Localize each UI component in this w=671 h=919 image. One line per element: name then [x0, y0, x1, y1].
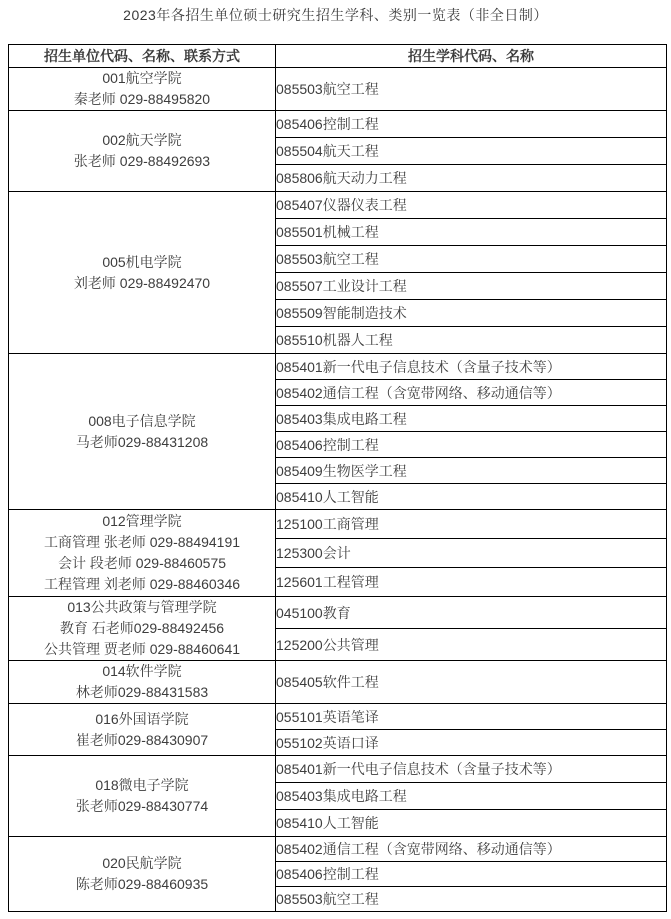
subject-cell: 085403集成电路工程 [276, 783, 667, 810]
subject-cell: 085503航空工程 [276, 246, 667, 273]
unit-contact: 张老师 029-88492693 [9, 151, 275, 172]
subject-cell: 085406控制工程 [276, 432, 667, 458]
subject-cell: 085806航天动力工程 [276, 165, 667, 192]
subject-cell: 085403集成电路工程 [276, 406, 667, 432]
unit-name: 012管理学院 [9, 511, 275, 532]
unit-contact: 教育 石老师029-88492456 [9, 618, 275, 639]
unit-contact: 公共管理 贾老师 029-88460641 [9, 639, 275, 660]
subject-cell: 085409生物医学工程 [276, 458, 667, 484]
unit-cell-008: 008电子信息学院 马老师029-88431208 [9, 354, 276, 510]
table-row: 020民航学院 陈老师029-88460935 085402通信工程（含宽带网络… [9, 837, 667, 862]
subject-cell: 085507工业设计工程 [276, 273, 667, 300]
unit-name: 001航空学院 [9, 68, 275, 89]
subject-cell: 125601工程管理 [276, 568, 667, 597]
table-header-row: 招生单位代码、名称、联系方式 招生学科代码、名称 [9, 45, 667, 68]
table-row: 001航空学院 秦老师 029-88495820 085503航空工程 [9, 68, 667, 111]
unit-name: 013公共政策与管理学院 [9, 597, 275, 618]
unit-cell-018: 018微电子学院 张老师029-88430774 [9, 756, 276, 837]
unit-name: 020民航学院 [9, 853, 275, 874]
table-row: 016外国语学院 崔老师029-88430907 055101英语笔译 [9, 704, 667, 730]
table-row: 013公共政策与管理学院 教育 石老师029-88492456 公共管理 贾老师… [9, 597, 667, 629]
subject-cell: 085504航天工程 [276, 138, 667, 165]
unit-contact: 工商管理 张老师 029-88494191 [9, 532, 275, 553]
unit-name: 018微电子学院 [9, 775, 275, 796]
subject-cell: 085405软件工程 [276, 661, 667, 704]
unit-name: 016外国语学院 [9, 709, 275, 730]
subject-cell: 085510机器人工程 [276, 327, 667, 354]
subject-cell: 085407仪器仪表工程 [276, 192, 667, 219]
unit-contact: 陈老师029-88460935 [9, 874, 275, 895]
unit-contact: 张老师029-88430774 [9, 796, 275, 817]
page-title: 2023年各招生单位硕士研究生招生学科、类别一览表（非全日制） [0, 0, 671, 23]
unit-cell-002: 002航天学院 张老师 029-88492693 [9, 111, 276, 192]
unit-contact: 崔老师029-88430907 [9, 730, 275, 751]
unit-contact: 刘老师 029-88492470 [9, 273, 275, 294]
unit-cell-020: 020民航学院 陈老师029-88460935 [9, 837, 276, 912]
unit-cell-012: 012管理学院 工商管理 张老师 029-88494191 会计 段老师 029… [9, 510, 276, 597]
subject-cell: 085401新一代电子信息技术（含量子技术等） [276, 354, 667, 380]
unit-name: 005机电学院 [9, 252, 275, 273]
column-header-unit: 招生单位代码、名称、联系方式 [9, 45, 276, 68]
college-table: 招生单位代码、名称、联系方式 招生学科代码、名称 001航空学院 秦老师 029… [8, 44, 667, 912]
unit-contact: 工程管理 刘老师 029-88460346 [9, 574, 275, 595]
table-row: 014软件学院 林老师029-88431583 085405软件工程 [9, 661, 667, 704]
unit-cell-013: 013公共政策与管理学院 教育 石老师029-88492456 公共管理 贾老师… [9, 597, 276, 661]
unit-cell-005: 005机电学院 刘老师 029-88492470 [9, 192, 276, 354]
subject-cell: 055101英语笔译 [276, 704, 667, 730]
subject-cell: 125300会计 [276, 539, 667, 568]
unit-cell-014: 014软件学院 林老师029-88431583 [9, 661, 276, 704]
table-row: 005机电学院 刘老师 029-88492470 085407仪器仪表工程 [9, 192, 667, 219]
subject-cell: 085410人工智能 [276, 810, 667, 837]
unit-name: 014软件学院 [9, 661, 275, 682]
unit-contact: 会计 段老师 029-88460575 [9, 553, 275, 574]
subject-cell: 085406控制工程 [276, 862, 667, 887]
unit-contact: 马老师029-88431208 [9, 432, 275, 453]
table-row: 018微电子学院 张老师029-88430774 085401新一代电子信息技术… [9, 756, 667, 783]
table-row: 012管理学院 工商管理 张老师 029-88494191 会计 段老师 029… [9, 510, 667, 539]
subject-cell: 125200公共管理 [276, 629, 667, 661]
subject-cell: 045100教育 [276, 597, 667, 629]
subject-cell: 085503航空工程 [276, 68, 667, 111]
subject-cell: 085501机械工程 [276, 219, 667, 246]
unit-contact: 秦老师 029-88495820 [9, 89, 275, 110]
unit-cell-001: 001航空学院 秦老师 029-88495820 [9, 68, 276, 111]
subject-cell: 085410人工智能 [276, 484, 667, 510]
subject-cell: 125100工商管理 [276, 510, 667, 539]
subject-cell: 085402通信工程（含宽带网络、移动通信等） [276, 837, 667, 862]
table-row: 008电子信息学院 马老师029-88431208 085401新一代电子信息技… [9, 354, 667, 380]
subject-cell: 085503航空工程 [276, 887, 667, 912]
unit-cell-016: 016外国语学院 崔老师029-88430907 [9, 704, 276, 756]
unit-contact: 林老师029-88431583 [9, 682, 275, 703]
unit-name: 002航天学院 [9, 130, 275, 151]
subject-cell: 085509智能制造技术 [276, 300, 667, 327]
document-page: 2023年各招生单位硕士研究生招生学科、类别一览表（非全日制） 招生单位代码、名… [0, 0, 671, 919]
table-row: 002航天学院 张老师 029-88492693 085406控制工程 [9, 111, 667, 138]
subject-cell: 085402通信工程（含宽带网络、移动通信等） [276, 380, 667, 406]
column-header-subject: 招生学科代码、名称 [276, 45, 667, 68]
subject-cell: 085406控制工程 [276, 111, 667, 138]
subject-cell: 085401新一代电子信息技术（含量子技术等） [276, 756, 667, 783]
subject-cell: 055102英语口译 [276, 730, 667, 756]
unit-name: 008电子信息学院 [9, 411, 275, 432]
